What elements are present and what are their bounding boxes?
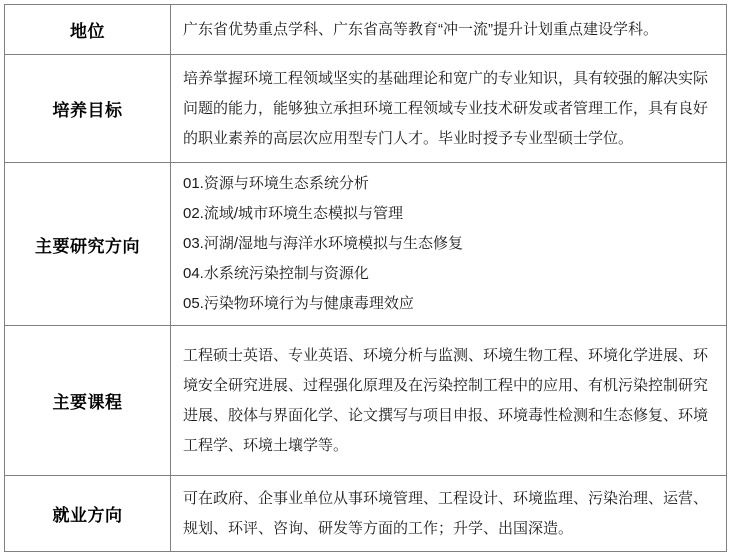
row-label: 就业方向 (5, 476, 171, 552)
content-line: 工程硕士英语、专业英语、环境分析与监测、环境生物工程、环境化学进展、环境安全研究… (183, 341, 714, 461)
row-label: 培养目标 (5, 55, 171, 163)
row-content: 01.资源与环境生态系统分析 02.流域/城市环境生态模拟与管理 03.河湖/湿… (171, 163, 727, 326)
row-content: 工程硕士英语、专业英语、环境分析与监测、环境生物工程、环境化学进展、环境安全研究… (171, 326, 727, 476)
content-line: 04.水系统污染控制与资源化 (183, 259, 714, 289)
row-label: 主要课程 (5, 326, 171, 476)
content-line: 01.资源与环境生态系统分析 (183, 169, 714, 199)
content-line: 02.流域/城市环境生态模拟与管理 (183, 199, 714, 229)
table-row: 地位 广东省优势重点学科、广东省高等教育“冲一流”提升计划重点建设学科。 (5, 5, 727, 55)
content-line: 培养掌握环境工程领域坚实的基础理论和宽广的专业知识，具有较强的解决实际问题的能力… (183, 64, 714, 154)
table-row: 就业方向 可在政府、企事业单位从事环境管理、工程设计、环境监理、污染治理、运营、… (5, 476, 727, 552)
content-line: 03.河湖/湿地与海洋水环境模拟与生态修复 (183, 229, 714, 259)
table-row: 主要课程 工程硕士英语、专业英语、环境分析与监测、环境生物工程、环境化学进展、环… (5, 326, 727, 476)
row-content: 培养掌握环境工程领域坚实的基础理论和宽广的专业知识，具有较强的解决实际问题的能力… (171, 55, 727, 163)
row-content: 广东省优势重点学科、广东省高等教育“冲一流”提升计划重点建设学科。 (171, 5, 727, 55)
row-content: 可在政府、企事业单位从事环境管理、工程设计、环境监理、污染治理、运营、规划、环评… (171, 476, 727, 552)
row-label: 主要研究方向 (5, 163, 171, 326)
program-info-table-body: 地位 广东省优势重点学科、广东省高等教育“冲一流”提升计划重点建设学科。 培养目… (5, 5, 727, 552)
row-label: 地位 (5, 5, 171, 55)
content-line: 05.污染物环境行为与健康毒理效应 (183, 289, 714, 319)
program-info-table: 地位 广东省优势重点学科、广东省高等教育“冲一流”提升计划重点建设学科。 培养目… (4, 4, 727, 552)
table-row: 主要研究方向 01.资源与环境生态系统分析 02.流域/城市环境生态模拟与管理 … (5, 163, 727, 326)
program-info-table-wrapper: 地位 广东省优势重点学科、广东省高等教育“冲一流”提升计划重点建设学科。 培养目… (4, 4, 727, 552)
content-line: 广东省优势重点学科、广东省高等教育“冲一流”提升计划重点建设学科。 (183, 15, 714, 45)
content-line: 可在政府、企事业单位从事环境管理、工程设计、环境监理、污染治理、运营、规划、环评… (183, 484, 714, 544)
table-row: 培养目标 培养掌握环境工程领域坚实的基础理论和宽广的专业知识，具有较强的解决实际… (5, 55, 727, 163)
